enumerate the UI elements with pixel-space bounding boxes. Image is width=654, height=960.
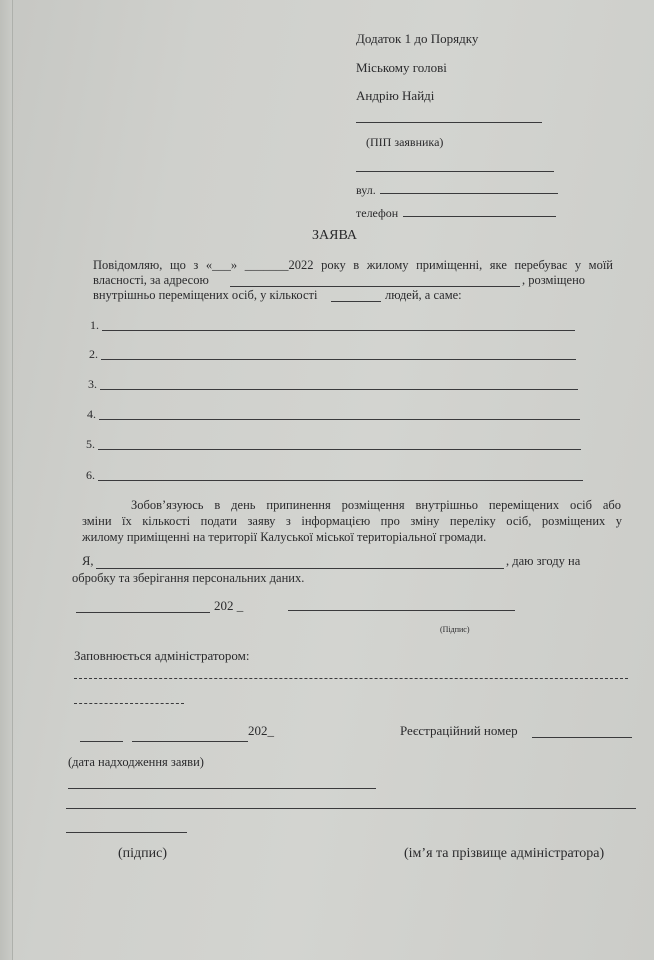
- people-count-field[interactable]: [331, 301, 381, 302]
- intro-line-2-end: , розміщено: [522, 273, 585, 288]
- intro-line-2-start: власності, за адресою: [93, 273, 209, 288]
- admin-name-caption: (ім’я та прізвище адміністратора): [404, 846, 604, 862]
- reg-number-label: Реєстраційний номер: [400, 723, 518, 739]
- admin-day-field[interactable]: [80, 741, 123, 742]
- document-title: ЗАЯВА: [312, 228, 357, 244]
- date-caption: (дата надходження заяви): [68, 755, 204, 770]
- address-field[interactable]: [230, 286, 520, 287]
- person-number: 4.: [87, 407, 96, 422]
- person-entry-field[interactable]: [102, 330, 575, 331]
- reg-number-field[interactable]: [532, 737, 632, 738]
- annex-label: Додаток 1 до Порядку: [356, 31, 478, 47]
- admin-heading: Заповнюється адміністратором:: [74, 648, 250, 664]
- signature-caption: (Підпис): [440, 625, 470, 634]
- person-number: 1.: [90, 318, 99, 333]
- person-number: 6.: [86, 468, 95, 483]
- consent-name-field[interactable]: [96, 568, 504, 569]
- person-entry-field[interactable]: [100, 389, 578, 390]
- applicant-caption: (ПІП заявника): [366, 135, 443, 150]
- admin-field-1[interactable]: [68, 788, 376, 789]
- admin-notes-field[interactable]: [74, 678, 628, 679]
- person-entry-field[interactable]: [98, 449, 581, 450]
- admin-year: 202_: [248, 723, 274, 739]
- phone-field[interactable]: [403, 216, 556, 217]
- consent-line-2: обробку та зберігання персональних даних…: [72, 571, 304, 586]
- admin-notes-field-cont[interactable]: [74, 703, 184, 704]
- person-number: 5.: [86, 437, 95, 452]
- admin-field-2[interactable]: [66, 808, 636, 809]
- page-fold-edge: [0, 0, 13, 960]
- addressee-title: Міському голові: [356, 60, 447, 76]
- admin-month-field[interactable]: [132, 741, 248, 742]
- signature-field[interactable]: [288, 610, 515, 611]
- person-entry-field[interactable]: [98, 480, 583, 481]
- signature-date-field[interactable]: [76, 612, 210, 613]
- signature-year: 202 _: [214, 598, 243, 614]
- obligation-line-3: жилому приміщенні на території Калуської…: [82, 530, 486, 545]
- person-number: 2.: [89, 347, 98, 362]
- consent-prefix: Я,: [82, 554, 93, 569]
- consent-suffix: , даю згоду на: [506, 554, 580, 569]
- person-entry-field[interactable]: [101, 359, 576, 360]
- applicant-name-field[interactable]: [356, 122, 542, 123]
- phone-label: телефон: [356, 206, 398, 221]
- intro-line-1: Повідомляю, що з «___» _______2022 року …: [93, 258, 613, 273]
- obligation-line-2: зміни їх кількості подати заяву з інформ…: [82, 514, 622, 529]
- person-number: 3.: [88, 377, 97, 392]
- person-entry-field[interactable]: [99, 419, 580, 420]
- intro-line-3-end: людей, а саме:: [385, 288, 462, 303]
- applicant-extra-field[interactable]: [356, 171, 554, 172]
- addressee-name: Андрію Найді: [356, 88, 434, 104]
- street-label: вул.: [356, 183, 376, 198]
- street-field[interactable]: [380, 193, 558, 194]
- obligation-line-1: Зобов’язуюсь в день припинення розміщенн…: [131, 498, 621, 513]
- admin-signature-caption: (підпис): [118, 846, 167, 862]
- intro-line-3-start: внутрішньо переміщених осіб, у кількості: [93, 288, 317, 303]
- admin-signature-field[interactable]: [66, 832, 187, 833]
